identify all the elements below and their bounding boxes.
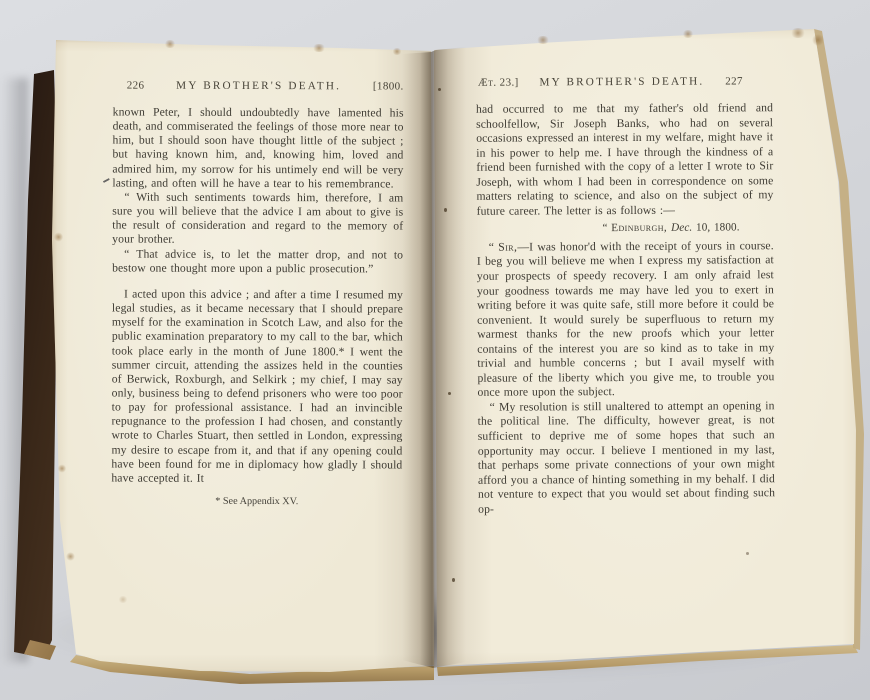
letter-paragraph: “ My resolution is still unaltered to at…: [478, 399, 776, 517]
dateline-place: Edinburgh,: [611, 222, 671, 234]
date-sidenote: [1800.: [373, 80, 404, 92]
foxing-spot: [118, 596, 128, 603]
right-page-header: Æt. 23.] MY BROTHER'S DEATH. 227: [476, 75, 773, 89]
gutter-speck: [438, 88, 441, 91]
letter-text: My resolution is still unaltered to atte…: [478, 399, 775, 515]
letter-open-quote: “: [489, 241, 499, 254]
gutter-speck: [444, 208, 447, 212]
foxing-spot: [54, 232, 63, 242]
age-sidenote: Æt. 23.]: [478, 77, 519, 89]
paragraph: “ With such sentiments towards him, ther…: [112, 190, 403, 248]
running-title-right: MY BROTHER'S DEATH.: [539, 76, 704, 89]
foxing-spot: [682, 30, 694, 38]
foxing-spot: [536, 36, 550, 44]
letter-salutation: Sir,: [498, 240, 517, 253]
page-speck: [746, 552, 749, 555]
foxing-spot: [392, 48, 402, 55]
paragraph: I acted upon this advice ; and after a t…: [111, 287, 403, 486]
dateline-quote: “: [602, 222, 611, 234]
open-book-photo: 226 MY BROTHER'S DEATH. [1800. known Pet…: [0, 0, 870, 700]
dateline-rest: 10, 1800.: [692, 222, 739, 234]
letter-dateline: “ Edinburgh, Dec. 10, 1800.: [477, 221, 774, 237]
gutter-speck: [452, 578, 455, 582]
paragraph: “ That advice is, to let the matter drop…: [112, 247, 403, 276]
foxing-spot: [790, 28, 806, 38]
running-title-left: MY BROTHER'S DEATH.: [176, 80, 341, 93]
page-number-left: 226: [127, 80, 145, 92]
book-gutter: [402, 46, 466, 668]
paragraph: had occurred to me that my father's old …: [476, 101, 774, 219]
right-page-content: Æt. 23.] MY BROTHER'S DEATH. 227 had occ…: [476, 75, 775, 517]
foxing-spot: [312, 44, 326, 52]
page-number-right: 227: [725, 75, 743, 87]
foxing-spot: [164, 40, 176, 48]
letter-text: —I was honor'd with the receipt of yours…: [477, 239, 775, 399]
paragraph: known Peter, I should undoubtedly have l…: [112, 105, 403, 191]
footnote: * See Appendix XV.: [111, 496, 402, 508]
foxing-spot: [66, 552, 75, 561]
dateline-month: Dec.: [671, 222, 692, 234]
right-page-body: had occurred to me that my father's old …: [476, 101, 775, 517]
left-page-content: 226 MY BROTHER'S DEATH. [1800. known Pet…: [111, 79, 403, 507]
left-page-header: 226 MY BROTHER'S DEATH. [1800.: [113, 79, 404, 92]
foxing-spot: [812, 34, 824, 46]
gutter-speck: [448, 392, 451, 395]
left-page-body: known Peter, I should undoubtedly have l…: [111, 105, 403, 486]
letter-paragraph: “ Sir,—I was honor'd with the receipt of…: [477, 239, 775, 401]
foxing-spot: [58, 464, 66, 473]
